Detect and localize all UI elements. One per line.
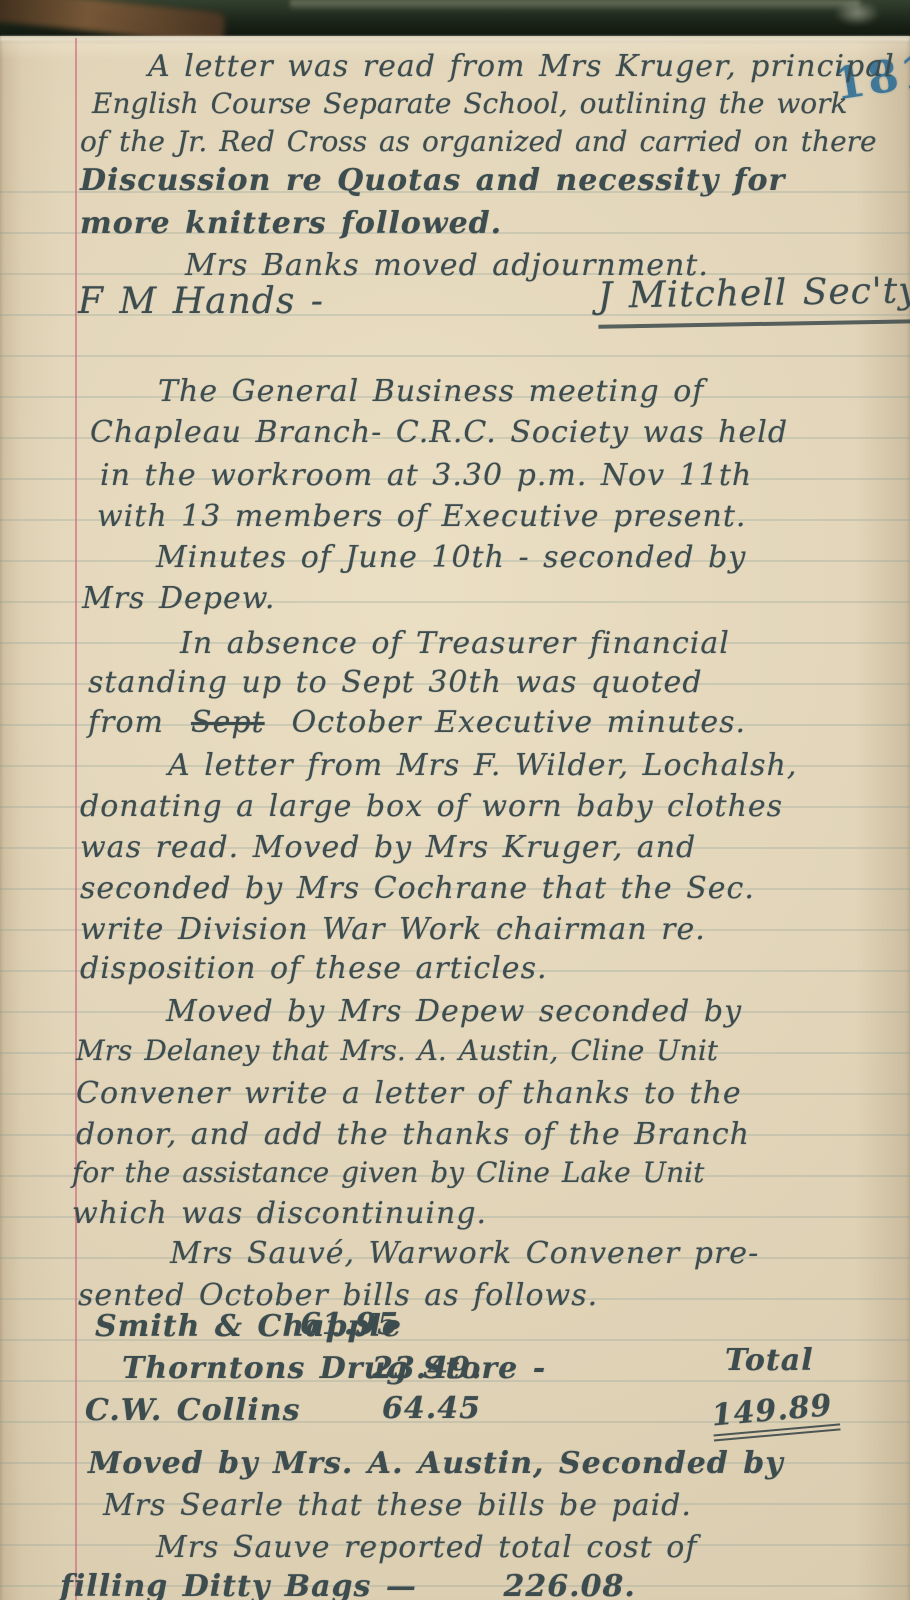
handwriting-line: Mrs Searle that these bills be paid. (103, 1489, 692, 1522)
struck-word: Sept (191, 705, 265, 740)
handwriting-line: of the Jr. Red Cross as organized and ca… (80, 127, 877, 158)
handwriting-line: donating a large box of worn baby clothe… (80, 790, 783, 823)
handwriting-line: which was discontinuing. (72, 1197, 487, 1230)
margin-rule-line (75, 38, 77, 1600)
text-before-strike: from (88, 705, 191, 740)
text-after-strike: October Executive minutes. (265, 705, 746, 740)
handwriting-line: Moved by Mrs. A. Austin, Seconded by (88, 1447, 784, 1480)
handwriting-line: seconded by Mrs Cochrane that the Sec. (80, 872, 755, 905)
scanned-minute-book-page: 181 A letter was read from Mrs Kruger, p… (0, 0, 910, 1600)
handwriting-line: in the workroom at 3.30 p.m. Nov 11th (100, 459, 752, 492)
handwriting-line: A letter was read from Mrs Kruger, princ… (148, 50, 895, 83)
bill-amount: 23.49. (372, 1352, 482, 1385)
handwriting-line: In absence of Treasurer financial (180, 627, 730, 660)
binding-notch (834, 0, 880, 26)
page-top-edge (0, 36, 910, 41)
bill-vendor: C.W. Collins (85, 1394, 300, 1427)
scan-background-band (0, 0, 910, 40)
handwriting-line: was read. Moved by Mrs Kruger, and (80, 831, 696, 864)
handwriting-line: A letter from Mrs F. Wilder, Lochalsh, (168, 749, 797, 782)
handwriting-line: Mrs Sauvé, Warwork Convener pre- (170, 1237, 759, 1270)
handwriting-line: more knitters followed. (80, 207, 502, 240)
bill-amount: 64.45 (382, 1392, 481, 1425)
bills-total-label: Total (725, 1344, 814, 1377)
signature-chairman: F M Hands - (78, 282, 324, 322)
handwriting-line: English Course Separate School, outlinin… (92, 89, 848, 120)
handwriting-line: Mrs Delaney that Mrs. A. Austin, Cline U… (76, 1036, 718, 1067)
handwriting-line: Moved by Mrs Depew seconded by (166, 995, 742, 1028)
bill-vendor: Thorntons Drug Store - (122, 1352, 546, 1385)
signature-secretary: J Mitchell Sec'ty (598, 271, 910, 328)
handwriting-line: Minutes of June 10th - seconded by (156, 541, 746, 574)
handwriting-line: Mrs Depew. (82, 582, 275, 615)
handwriting-line: Discussion re Quotas and necessity for (80, 164, 785, 197)
handwriting-line: donor, and add the thanks of the Branch (76, 1118, 750, 1151)
handwriting-line: The General Business meeting of (158, 375, 704, 408)
handwriting-line: Convener write a letter of thanks to the (76, 1077, 742, 1110)
binding-highlight (290, 0, 860, 11)
handwriting-line: for the assistance given by Cline Lake U… (72, 1158, 704, 1189)
handwriting-line: with 13 members of Executive present. (97, 500, 746, 533)
handwriting-line: Mrs Sauve reported total cost of (156, 1531, 697, 1564)
handwriting-line-with-strikeout: from Sept October Executive minutes. (88, 706, 746, 739)
handwriting-line: filling Ditty Bags — 226.08. (60, 1570, 636, 1600)
handwriting-line: standing up to Sept 30th was quoted (88, 666, 703, 699)
handwriting-line: disposition of these articles. (80, 952, 548, 985)
handwriting-line: Chapleau Branch- C.R.C. Society was held (90, 416, 788, 449)
handwriting-line: write Division War Work chairman re. (80, 913, 706, 946)
bill-amount: 61.95 (300, 1308, 399, 1341)
